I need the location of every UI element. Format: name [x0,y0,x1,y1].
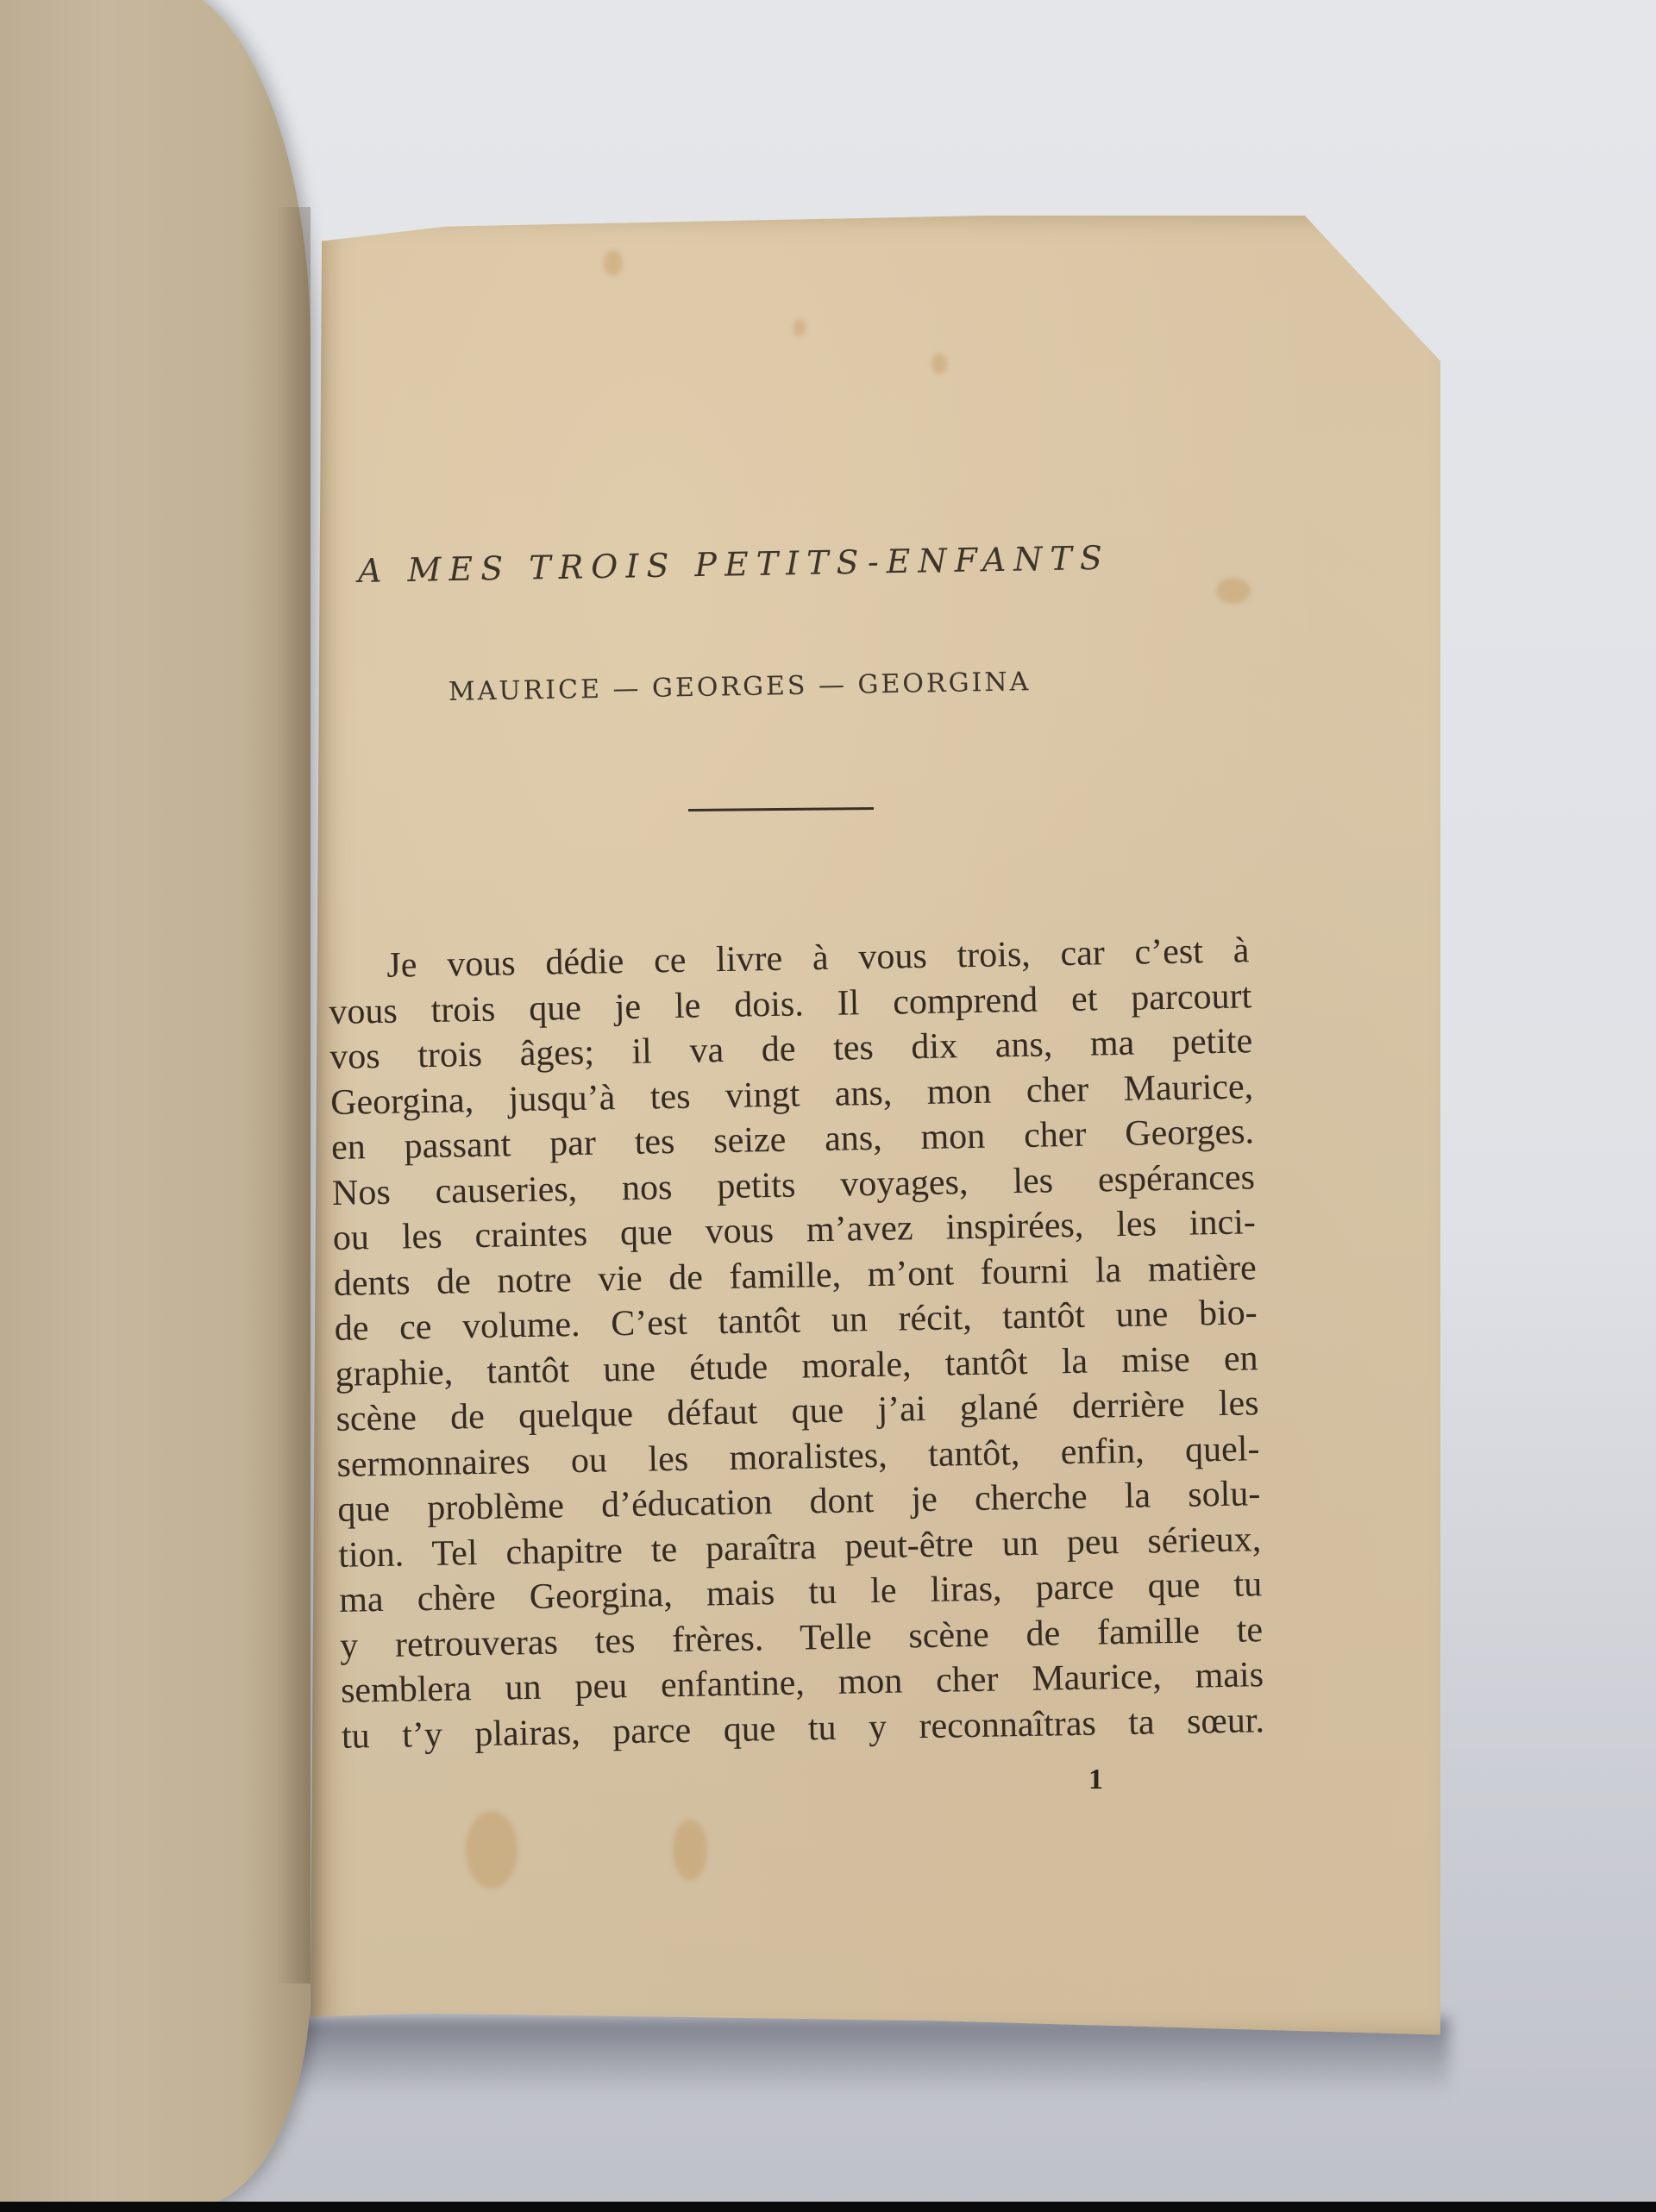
page-content: A MES TROIS PETITS-ENFANTS MAURICE — GEO… [0,0,1656,2212]
signature-mark: 1 [1088,1764,1103,1796]
bottom-edge [0,2202,1656,2212]
dedication-paragraph: Je vous dédie ce livre à vous trois, car… [328,928,1290,1759]
dedication-title: A MES TROIS PETITS-ENFANTS [358,537,1204,590]
dedication-names: MAURICE — GEORGES — GEORGINA [448,665,1138,707]
separator-rule [688,807,874,811]
